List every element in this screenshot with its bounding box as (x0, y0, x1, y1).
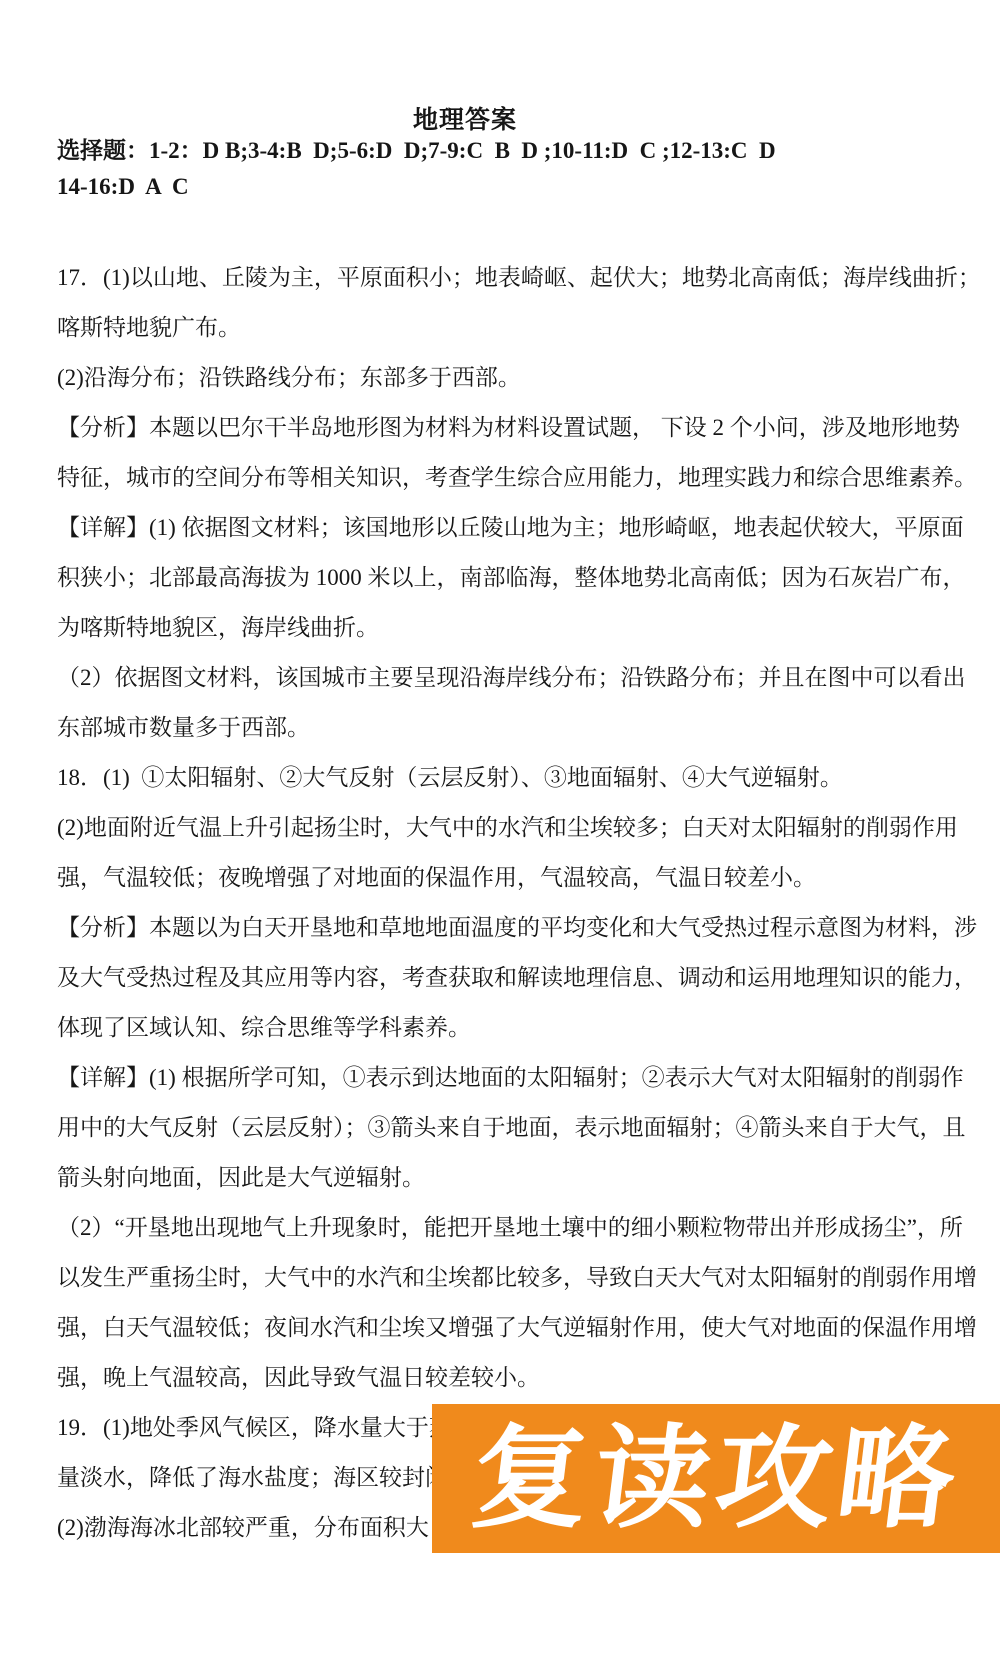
choice-answers-line-1: 选择题：1-2：D B;3-4:B D;5-6:D D;7-9:C B D ;1… (57, 133, 957, 169)
answer-line: 为喀斯特地貌区，海岸线曲折。 (57, 603, 957, 653)
choice-answers-line-2: 14-16:D A C (57, 169, 957, 205)
answer-line: (2)地面附近气温上升引起扬尘时，大气中的水汽和尘埃较多；白天对太阳辐射的削弱作… (57, 803, 957, 853)
answer-line: 强，白天气温较低；夜间水汽和尘埃又增强了大气逆辐射作用，使大气对地面的保温作用增 (57, 1303, 957, 1353)
answer-line: 积狭小；北部最高海拔为 1000 米以上，南部临海，整体地势北高南低；因为石灰岩… (57, 553, 957, 603)
answer-line: 18．(1) ①太阳辐射、②大气反射（云层反射）、③地面辐射、④大气逆辐射。 (57, 753, 957, 803)
answer-line: 【分析】本题以为白天开垦地和草地地面温度的平均变化和大气受热过程示意图为材料，涉 (57, 903, 957, 953)
answer-line: 【分析】本题以巴尔干半岛地形图为材料为材料设置试题， 下设 2 个小问，涉及地形… (57, 403, 957, 453)
answer-line: 特征，城市的空间分布等相关知识，考查学生综合应用能力，地理实践力和综合思维素养。 (57, 453, 957, 503)
answer-line: 【详解】(1) 依据图文材料；该国地形以丘陵山地为主；地形崎岖，地表起伏较大，平… (57, 503, 957, 553)
answer-line: 17．(1)以山地、丘陵为主，平原面积小；地表崎岖、起伏大；地势北高南低；海岸线… (57, 253, 957, 303)
answer-line: 喀斯特地貌广布。 (57, 303, 957, 353)
watermark-banner: 复读攻略 (432, 1404, 1000, 1553)
document-page: 地理答案 选择题：1-2：D B;3-4:B D;5-6:D D;7-9:C B… (0, 0, 1000, 1679)
answer-line: 箭头射向地面，因此是大气逆辐射。 (57, 1153, 957, 1203)
answer-line: 用中的大气反射（云层反射）；③箭头来自于地面，表示地面辐射；④箭头来自于大气，且 (57, 1103, 957, 1153)
answer-line: 体现了区域认知、综合思维等学科素养。 (57, 1003, 957, 1053)
answer-line: 强，气温较低；夜晚增强了对地面的保温作用，气温较高，气温日较差小。 (57, 853, 957, 903)
answer-line: （2）依据图文材料，该国城市主要呈现沿海岸线分布；沿铁路分布；并且在图中可以看出 (57, 653, 957, 703)
answer-line: (2)沿海分布；沿铁路线分布；东部多于西部。 (57, 353, 957, 403)
page-title: 地理答案 (0, 100, 930, 136)
answer-line: （2）“开垦地出现地气上升现象时，能把开垦地土壤中的细小颗粒物带出并形成扬尘”，… (57, 1203, 957, 1253)
watermark-text: 复读攻略 (466, 1423, 966, 1535)
answer-line: 强，晚上气温较高，因此导致气温日较差较小。 (57, 1353, 957, 1403)
answer-line: 东部城市数量多于西部。 (57, 703, 957, 753)
answer-line: 以发生严重扬尘时，大气中的水汽和尘埃都比较多，导致白天大气对太阳辐射的削弱作用增 (57, 1253, 957, 1303)
answers-body: 17．(1)以山地、丘陵为主，平原面积小；地表崎岖、起伏大；地势北高南低；海岸线… (57, 253, 957, 1553)
answer-line: 及大气受热过程及其应用等内容，考查获取和解读地理信息、调动和运用地理知识的能力， (57, 953, 957, 1003)
choice-answers-block: 选择题：1-2：D B;3-4:B D;5-6:D D;7-9:C B D ;1… (57, 133, 957, 205)
answer-line: 【详解】(1) 根据所学可知，①表示到达地面的太阳辐射；②表示大气对太阳辐射的削… (57, 1053, 957, 1103)
